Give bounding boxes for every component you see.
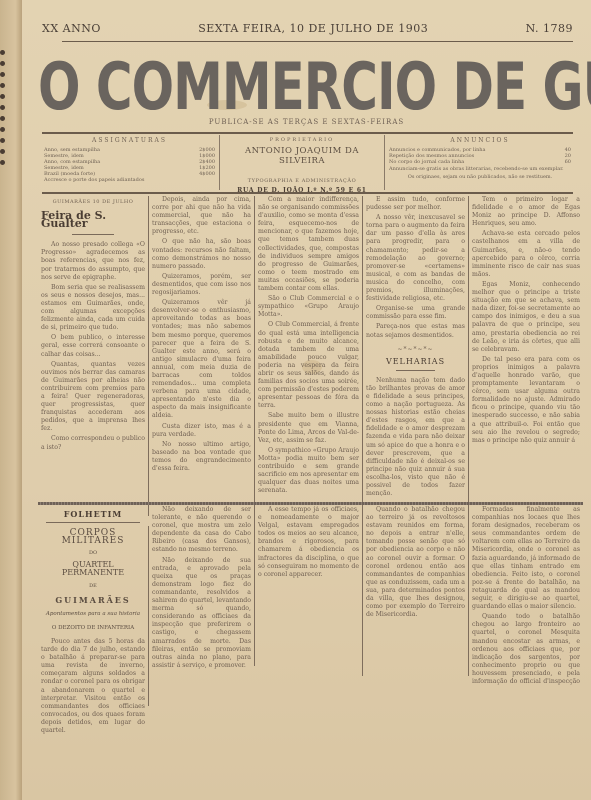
folhetim-separator (38, 502, 583, 505)
editor-label: PROPRIETARIO (224, 137, 380, 143)
article-paragraph: Organise-se uma grande commissão para es… (366, 305, 465, 321)
column-3: Com a maior indifferença, não se organis… (255, 196, 362, 516)
ad-price: 60 (565, 159, 571, 165)
article-paragraph: Quizeramos, porém, ser desmentidos, que … (152, 273, 251, 297)
article-paragraph: Quando o batalhão chegou ao terreiro já … (366, 506, 465, 619)
velharias-headline: VELHARIAS (366, 358, 465, 366)
article-paragraph: Custa dizer isto, mas é a pura verdade. (152, 423, 251, 439)
article-paragraph: Como correspondeu o publico a isto? (41, 435, 145, 451)
ornament: ~*~*~*~ (366, 346, 465, 354)
folhetim-title: CORPOS MILITARES (41, 529, 145, 545)
volume: XX ANNO (42, 22, 101, 35)
newspaper-page: XX ANNO SEXTA FEIRA, 10 DE JULHO DE 1903… (22, 0, 591, 800)
issue-date: SEXTA FEIRA, 10 DE JULHO DE 1903 (198, 22, 428, 35)
article-paragraph: Não deixando de ser tolerante, e não que… (152, 506, 251, 555)
page-body: GUIMARÃES 10 DE JULHO Feira de S. Gualte… (38, 196, 583, 796)
masthead-rule (42, 132, 573, 134)
subscriptions-heading: ASSIGNATURAS (44, 137, 215, 144)
editor-panel: PROPRIETARIO ANTONIO JOAQUIM DA SILVEIRA… (220, 135, 385, 190)
publication-schedule: PUBLICA-SE AS TERÇAS E SEXTAS-FEIRAS (22, 118, 591, 126)
ad-note: Os originaes, sejam ou não publicados, n… (389, 174, 571, 180)
article-paragraph: Ao nosso presado collega «O Progresso» a… (41, 241, 145, 281)
sub-price: 4$000 (199, 171, 215, 177)
folhetim-column-5: Formadas finalmente as companhias nos lo… (469, 506, 583, 686)
column-4: E assim tudo, conforme pudesse ser por m… (363, 196, 468, 496)
binding-holes (0, 50, 8, 171)
article-paragraph: E assim tudo, conforme pudesse ser por m… (366, 196, 465, 212)
folhetim-sub: DO (41, 549, 145, 557)
column-2: Depois, ainda por cima, corre por ahi qu… (149, 196, 254, 516)
article-paragraph: O bem publico, o interesse geral, esse c… (41, 334, 145, 358)
article-paragraph: O Club Commercial, á frente do qual está… (258, 321, 359, 410)
article-paragraph: O sympathico «Grupo Araujo Motta» podia … (258, 447, 359, 496)
ad-note: Annunciam-se gratis as obras litterarias… (389, 166, 571, 172)
folhetim-column-1: FOLHETIM CORPOS MILITARES DO QUARTEL PER… (38, 506, 148, 796)
article-paragraph: Com a maior indifferença, não se organis… (258, 196, 359, 293)
article-paragraph: No nosso ultimo artigo, baseado na boa v… (152, 441, 251, 473)
ad-label: No corpo do jornal cada linha (389, 159, 464, 165)
article-paragraph: A nosso vêr, inexcusavel se torna para o… (366, 214, 465, 303)
article-paragraph: A esse tempo já os officiaes, e nomeadam… (258, 506, 359, 579)
header-rule (62, 41, 573, 42)
folhetim-section: O DEZOITO DE INFANTERIA (41, 624, 145, 632)
column-5: Tem o primeiro logar a fidelidade e o am… (469, 196, 583, 496)
top-line: XX ANNO SEXTA FEIRA, 10 DE JULHO DE 1903… (42, 22, 573, 35)
folhetim-sub: QUARTEL PERMANENTE (41, 561, 145, 577)
article-paragraph: Achava-se esta cercado pelos castelhanos… (472, 230, 580, 279)
article-paragraph: Pareça-nos que estas mas notas sejamos d… (366, 323, 465, 339)
folhetim-sub: DE (41, 582, 145, 590)
issue-number: N. 1789 (526, 22, 573, 35)
article-paragraph: Nenhuma nação tem dado tão brilhantes pr… (366, 377, 465, 496)
folhetim-caption: Apontamentos para a sua historia (41, 610, 145, 618)
office-label: TYPOGRAPHIA E ADMINISTRAÇÃO (224, 178, 380, 184)
article-paragraph: Sabe muito bem o illustre presidente que… (258, 412, 359, 444)
article-paragraph: Bom seria que se realisassem os seus e n… (41, 284, 145, 333)
article-paragraph: São o Club Commercial e o sympathico «Gr… (258, 295, 359, 319)
article-paragraph: Quando todo o batalhão chegou ao largo f… (472, 613, 580, 686)
dateline: GUIMARÃES 10 DE JULHO (41, 198, 145, 206)
editor-name: ANTONIO JOAQUIM DA SILVEIRA (224, 146, 380, 166)
folhetim-place: GUIMARÃES (41, 596, 145, 604)
article-paragraph: O que não ha, são boas vontades: recurso… (152, 238, 251, 270)
info-box: ASSIGNATURAS Anno, sem estampilha2$000 S… (40, 135, 575, 190)
ads-heading: ANNUNCIOS (389, 137, 571, 144)
column-1: GUIMARÃES 10 DE JULHO Feira de S. Gualte… (38, 196, 148, 454)
folhetim-column-4: Quando o batalhão chegou ao terreiro já … (363, 506, 468, 676)
article-paragraph: Não deixando de sua entrada, e aprovado … (152, 557, 251, 670)
article-paragraph: De tal peso era para com os proprios ini… (472, 356, 580, 445)
article-paragraph: Depois, ainda por cima, corre por ahi qu… (152, 196, 251, 236)
article-paragraph: Tem o primeiro logar a fidelidade e o am… (472, 196, 580, 228)
ads-panel: ANNUNCIOS Annuncios e communicados, por … (385, 135, 575, 190)
article-headline: Feira de S. Gualter (41, 212, 145, 228)
folhetim-column-3: A esse tempo já os officiaes, e nomeadam… (255, 506, 362, 666)
subscriptions-panel: ASSIGNATURAS Anno, sem estampilha2$000 S… (40, 135, 220, 190)
masthead-title: O COMMERCIO DE GUIMARÃES (38, 52, 583, 122)
article-paragraph: Egas Moniz, conhecendo melhor que o prin… (472, 281, 580, 354)
folhetim-label: FOLHETIM (41, 510, 145, 518)
folhetim-column-2: Não deixando de ser tolerante, e não que… (149, 506, 254, 676)
book-binding (0, 0, 22, 800)
article-paragraph: Quizeramos vêr já desenvolver-se o enthu… (152, 299, 251, 420)
article-paragraph: Quantas, quantas vezes ouvimos nós berra… (41, 361, 145, 434)
article-paragraph: Pouco antes das 5 horas da tarde do dia … (41, 638, 145, 735)
sub-note: Accresce o porte dos papeis adiantados (44, 177, 144, 183)
info-rule (42, 192, 573, 194)
article-paragraph: Formadas finalmente as companhias nos lo… (472, 506, 580, 611)
